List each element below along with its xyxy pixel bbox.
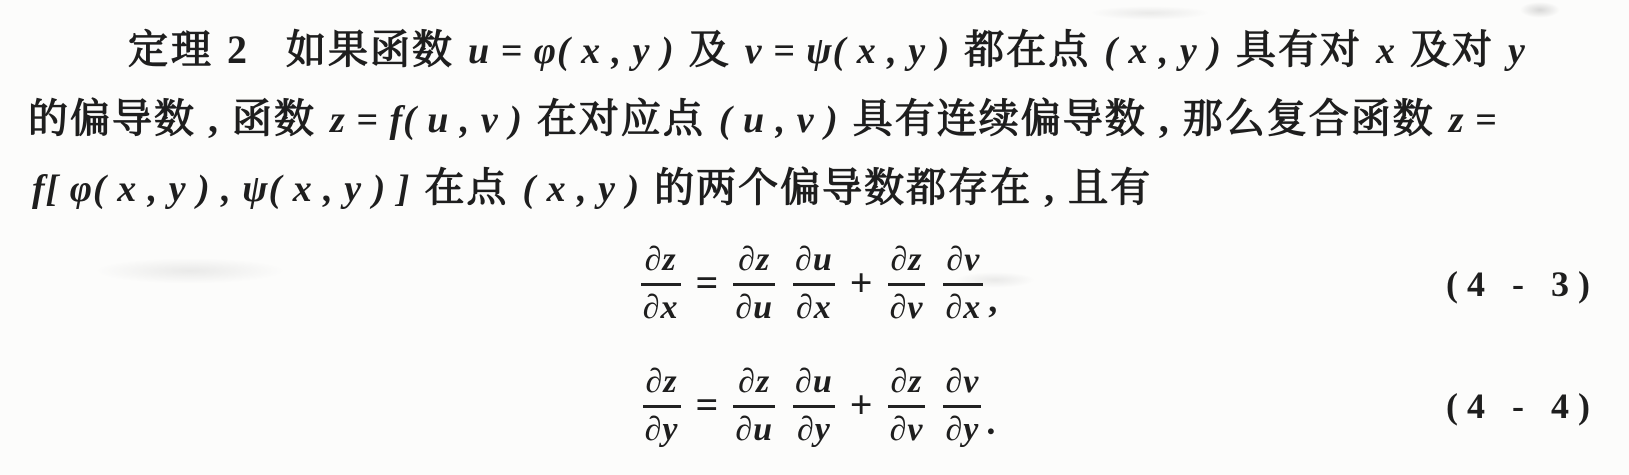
equals-sign: = bbox=[696, 259, 719, 306]
plus-sign: + bbox=[850, 259, 873, 306]
fraction-numerator: ∂z bbox=[643, 242, 679, 279]
equation-number-4-3: (4 - 3) bbox=[1446, 263, 1599, 305]
fraction-bar bbox=[733, 283, 775, 286]
fraction-bar bbox=[943, 283, 983, 286]
fraction-numerator: ∂v bbox=[944, 242, 982, 279]
equation-number-4-4: (4 - 4) bbox=[1446, 385, 1599, 427]
fraction-numerator: ∂v bbox=[943, 364, 981, 401]
fraction-denominator: ∂v bbox=[888, 412, 926, 449]
chain-rule-formula-x: ∂z∂x = ∂z∂u ∂u∂x + ∂z∂v ∂v∂x , bbox=[632, 242, 998, 326]
inline-math: u = φ( x , y ) bbox=[468, 30, 675, 72]
inline-math: ( x , y ) bbox=[522, 168, 640, 210]
chain-rule-formula-y: ∂z∂y = ∂z∂u ∂u∂y + ∂z∂v ∂v∂y . bbox=[634, 364, 996, 448]
fraction-bar bbox=[888, 405, 926, 408]
fraction-dz-dv: ∂z∂v bbox=[888, 242, 926, 326]
cjk-text: 都在点 bbox=[964, 27, 1090, 72]
fraction-numerator: ∂u bbox=[793, 364, 835, 401]
fraction-numerator: ∂z bbox=[888, 364, 924, 401]
fraction-dv-dx: ∂v∂x bbox=[943, 242, 983, 326]
fraction-denominator: ∂u bbox=[733, 290, 775, 327]
fraction-du-dx: ∂u∂x bbox=[793, 242, 835, 326]
fraction-dz-dv: ∂z∂v bbox=[888, 364, 926, 448]
cjk-text: 及对 bbox=[1410, 27, 1494, 72]
fraction-dv-dy: ∂v∂y bbox=[943, 364, 981, 448]
fraction-dz-du: ∂z∂u bbox=[733, 364, 775, 448]
fraction-denominator: ∂x bbox=[943, 290, 983, 327]
inline-math: z = bbox=[1449, 99, 1498, 141]
cjk-text: 在对应点 bbox=[537, 96, 705, 141]
inline-math: f[ φ( x , y ) , ψ( x , y ) ] bbox=[32, 168, 410, 210]
fraction-bar bbox=[793, 283, 835, 286]
inline-math: z = f( u , v ) bbox=[330, 99, 523, 141]
fraction-bar bbox=[733, 405, 775, 408]
equation-punctuation: . bbox=[986, 401, 995, 443]
theorem-line-1: 定理 2 如果函数 u = φ( x , y ) 及 v = ψ( x , y … bbox=[28, 16, 1619, 85]
cjk-text: 具有连续偏导数 , 那么复合函数 bbox=[853, 96, 1435, 141]
fraction-dz-dx: ∂z∂x bbox=[641, 242, 681, 326]
inline-math: x bbox=[1376, 30, 1396, 72]
fraction-numerator: ∂z bbox=[888, 242, 924, 279]
equation-4-3: ∂z∂x = ∂z∂u ∂u∂x + ∂z∂v ∂v∂x , (4 - 3) bbox=[0, 229, 1629, 339]
cjk-text: 在点 bbox=[424, 165, 508, 210]
fraction-denominator: ∂y bbox=[943, 412, 981, 449]
fraction-bar bbox=[793, 405, 835, 408]
theorem-line-3: f[ φ( x , y ) , ψ( x , y ) ] 在点 ( x , y … bbox=[28, 154, 1619, 223]
fraction-denominator: ∂y bbox=[795, 412, 833, 449]
fraction-du-dy: ∂u∂y bbox=[793, 364, 835, 448]
inline-math: ( u , v ) bbox=[719, 99, 839, 141]
theorem-paragraph: 定理 2 如果函数 u = φ( x , y ) 及 v = ψ( x , y … bbox=[0, 0, 1629, 223]
cjk-text: 的两个偏导数都存在 , 且有 bbox=[654, 165, 1152, 210]
fraction-bar bbox=[888, 283, 926, 286]
fraction-numerator: ∂u bbox=[793, 242, 835, 279]
cjk-text: 具有对 bbox=[1236, 27, 1362, 72]
plus-sign: + bbox=[850, 381, 873, 428]
fraction-bar bbox=[943, 405, 981, 408]
fraction-dz-dy: ∂z∂y bbox=[643, 364, 681, 448]
fraction-bar bbox=[643, 405, 681, 408]
cjk-text: 如果函数 bbox=[286, 27, 454, 72]
fraction-numerator: ∂z bbox=[644, 364, 680, 401]
fraction-denominator: ∂u bbox=[733, 412, 775, 449]
fraction-denominator: ∂y bbox=[643, 412, 681, 449]
theorem-keyword: 定理 2 bbox=[128, 27, 250, 72]
inline-math: v = ψ( x , y ) bbox=[745, 30, 951, 72]
theorem-line-2: 的偏导数 , 函数 z = f( u , v ) 在对应点 ( u , v ) … bbox=[28, 85, 1619, 154]
textbook-scan-page: 定理 2 如果函数 u = φ( x , y ) 及 v = ψ( x , y … bbox=[0, 0, 1629, 475]
fraction-dz-du: ∂z∂u bbox=[733, 242, 775, 326]
equals-sign: = bbox=[696, 381, 719, 428]
fraction-numerator: ∂z bbox=[736, 242, 772, 279]
cjk-text: 的偏导数 , 函数 bbox=[28, 96, 316, 141]
fraction-bar bbox=[641, 283, 681, 286]
equation-4-4: ∂z∂y = ∂z∂u ∂u∂y + ∂z∂v ∂v∂y . (4 - 4) bbox=[0, 351, 1629, 461]
equation-punctuation: , bbox=[988, 279, 997, 321]
cjk-text: 及 bbox=[689, 27, 731, 72]
inline-math: ( x , y ) bbox=[1104, 30, 1222, 72]
inline-math: y bbox=[1508, 30, 1526, 72]
fraction-denominator: ∂x bbox=[641, 290, 681, 327]
fraction-denominator: ∂v bbox=[888, 290, 926, 327]
fraction-numerator: ∂z bbox=[736, 364, 772, 401]
fraction-denominator: ∂x bbox=[794, 290, 834, 327]
